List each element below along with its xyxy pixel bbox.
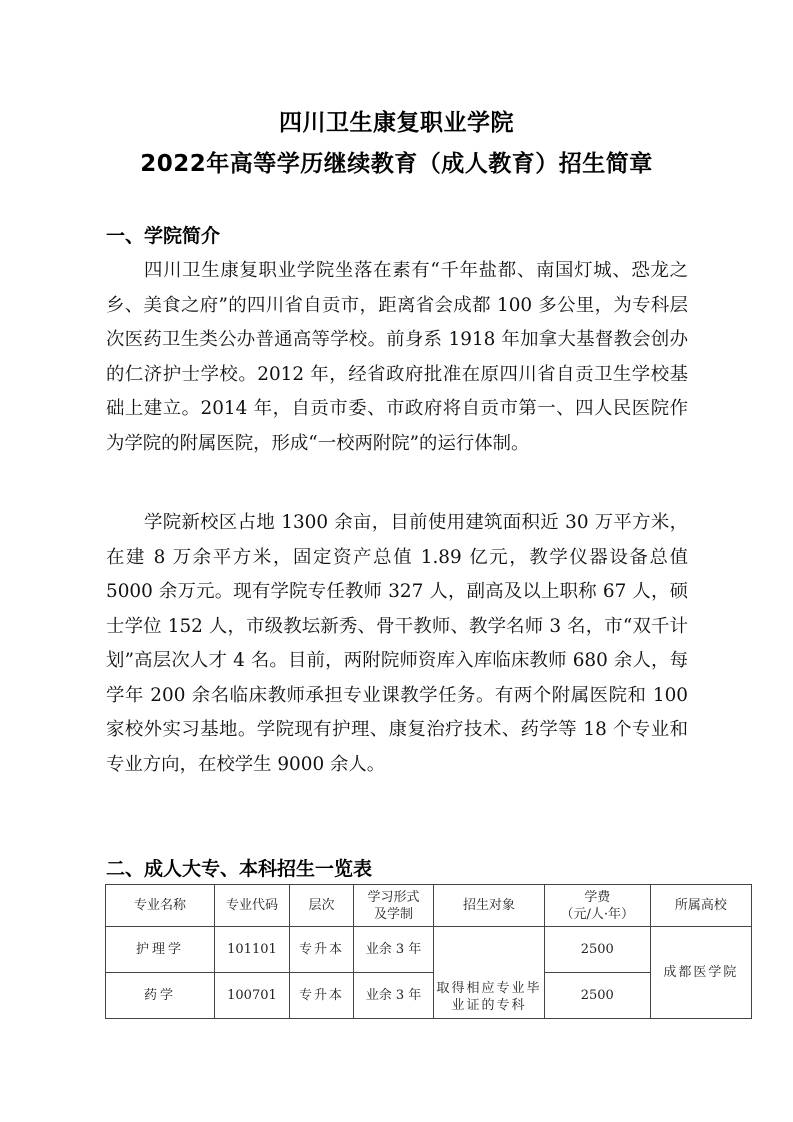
header-tuition: 学费 （元/人·年） (544, 885, 650, 927)
cell-form: 业余 3 年 (353, 973, 433, 1019)
document-title-line2: 2022年高等学历继续教育（成人教育）招生简章 (0, 145, 793, 178)
section-heading-enrollment: 二、成人大专、本科招生一览表 (106, 854, 372, 881)
intro-paragraph-1: 四川卫生康复职业学院坐落在素有“千年盐都、南国灯城、恐龙之乡、美食之府”的四川省… (106, 254, 688, 461)
document-title-line1: 四川卫生康复职业学院 (0, 104, 793, 137)
cell-school: 成都医学院 (650, 927, 751, 1019)
header-school: 所属高校 (650, 885, 751, 927)
cell-major: 护理学 (106, 927, 215, 973)
cell-code: 101101 (214, 927, 289, 973)
header-tuition-line1: 学费 (547, 889, 648, 906)
cell-tuition: 2500 (544, 973, 650, 1019)
table-row: 护理学 101101 专升本 业余 3 年 取得相应专业毕业证的专科 2500 … (106, 927, 752, 973)
header-study-form-line2: 及学制 (356, 906, 431, 923)
cell-target: 取得相应专业毕业证的专科 (434, 927, 545, 1019)
header-code: 专业代码 (214, 885, 289, 927)
header-study-form: 学习形式 及学制 (353, 885, 433, 927)
cell-major: 药学 (106, 973, 215, 1019)
enrollment-table: 专业名称 专业代码 层次 学习形式 及学制 招生对象 学费 （元/人·年） 所属… (105, 884, 752, 1019)
cell-tuition: 2500 (544, 927, 650, 973)
intro-paragraph-2: 学院新校区占地 1300 余亩，目前使用建筑面积近 30 万平方米，在建 8 万… (106, 506, 688, 782)
header-study-form-line1: 学习形式 (356, 889, 431, 906)
header-major: 专业名称 (106, 885, 215, 927)
header-target: 招生对象 (434, 885, 545, 927)
header-level: 层次 (289, 885, 353, 927)
table-header-row: 专业名称 专业代码 层次 学习形式 及学制 招生对象 学费 （元/人·年） 所属… (106, 885, 752, 927)
cell-form: 业余 3 年 (353, 927, 433, 973)
section-heading-intro: 一、学院简介 (106, 221, 220, 248)
cell-level: 专升本 (289, 973, 353, 1019)
header-tuition-line2: （元/人·年） (547, 906, 648, 923)
cell-level: 专升本 (289, 927, 353, 973)
cell-code: 100701 (214, 973, 289, 1019)
